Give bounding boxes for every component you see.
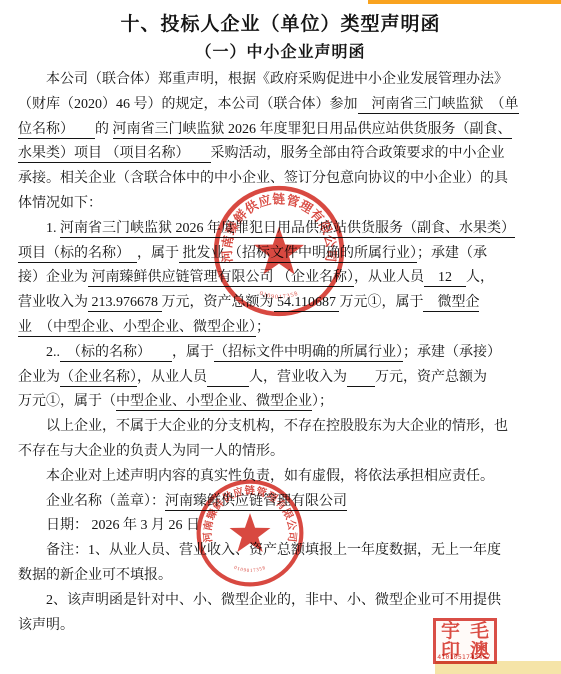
text-segment: ，属于 bbox=[172, 345, 214, 360]
text-segment: 万元，资产总额为 bbox=[375, 370, 487, 385]
underlined-text-segment: 12 bbox=[424, 270, 466, 287]
underlined-text-segment: 位名称） bbox=[18, 122, 95, 139]
seal-id-number: 4101051743457 bbox=[431, 653, 497, 662]
text-segment: （财库（2020）46 号）的规定，本公司（联合体）参加 bbox=[18, 97, 358, 112]
document-line: 位名称） 的 河南省三门峡监狱 2026 年度罪犯日用品供应站供货服务（副食、 bbox=[18, 118, 545, 143]
underlined-text-segment: （招标文件中明确的所属行业） bbox=[214, 345, 403, 362]
document-line: （财库（2020）46 号）的规定，本公司（联合体）参加 河南省三门峡监狱 （单 bbox=[18, 93, 545, 118]
underlined-text-segment: 业 bbox=[18, 320, 46, 337]
text-segment: ，从业人员 bbox=[354, 270, 424, 285]
underlined-text-segment: 项目（标的名称） bbox=[18, 246, 137, 263]
text-segment: 接）企业为 bbox=[18, 270, 88, 285]
text-segment: 以上企业，不属于大企业的分支机构，不存在控股股东为大企业的情形，也 bbox=[46, 419, 508, 434]
underlined-text-segment: 水果类）项目 （项目名称） bbox=[18, 146, 211, 163]
stamp-number: 0109017358 bbox=[233, 566, 267, 574]
text-segment: 本公司（联合体）郑重声明，根据《政府采购促进中小企业发展管理办法》 bbox=[46, 72, 508, 87]
company-round-stamp-2: 河南臻鲜供应链管理有限公司 0109017358 bbox=[192, 475, 308, 591]
text-segment: 2、该声明函是针对中、小、微型企业的，非中、小、微型企业可不用提供 bbox=[46, 593, 501, 608]
company-round-stamp-1: 河南臻鲜供应链管理有限公司 0109017358 bbox=[208, 180, 350, 322]
underlined-text-segment bbox=[207, 370, 249, 387]
document-line: 水果类）项目 （项目名称） 采购活动，服务全部由符合政策要求的中小企业 bbox=[18, 142, 545, 167]
text-segment: 企业为 bbox=[18, 370, 60, 385]
underlined-text-segment: 213.976678 bbox=[88, 295, 162, 312]
text-segment: ）； bbox=[312, 394, 333, 409]
underlined-text-segment: 微型企 bbox=[423, 295, 479, 312]
star-icon bbox=[230, 513, 271, 552]
document-line: 以上企业，不属于大企业的分支机构，不存在控股股东为大企业的情形，也 bbox=[18, 415, 545, 440]
text-segment: 该声明。 bbox=[18, 618, 74, 633]
text-segment: 企业名称（盖章）： bbox=[46, 494, 165, 509]
text-segment: 采购活动，服务全部由符合政策要求的中小企业 bbox=[211, 146, 505, 161]
svg-text:0109017358: 0109017358 bbox=[258, 291, 299, 301]
document-line: 2、该声明函是针对中、小、微型企业的，非中、小、微型企业可不用提供 bbox=[18, 589, 545, 614]
text-segment: 人，营业收入为 bbox=[249, 370, 347, 385]
text-segment: 万元①，属于（ bbox=[18, 394, 116, 409]
underlined-text-segment: 河南省三门峡监狱 （单 bbox=[358, 97, 519, 114]
document-line: 本公司（联合体）郑重声明，根据《政府采购促进中小企业发展管理办法》 bbox=[18, 68, 545, 93]
seal-char: 毛 bbox=[465, 621, 494, 641]
underlined-text-segment: 河南省三门峡监狱 2026 年度罪犯日用品供应站供货服务（副食、 bbox=[113, 122, 512, 139]
document-title: 十、投标人企业（单位）类型声明函 bbox=[0, 10, 561, 40]
document-line: 万元①，属于（中型企业、小型企业、微型企业）； bbox=[18, 390, 545, 415]
document-subtitle: （一）中小企业声明函 bbox=[0, 40, 561, 66]
text-segment: 2.. bbox=[46, 345, 60, 360]
text-segment: ，从业人员 bbox=[137, 370, 207, 385]
top-highlight-bar bbox=[368, 0, 561, 4]
document-line: 企业为（企业名称），从业人员 人，营业收入为 万元，资产总额为 bbox=[18, 366, 545, 391]
text-segment: 数据的新企业可不填报。 bbox=[18, 568, 172, 583]
text-segment: 人， bbox=[466, 270, 494, 285]
text-segment: 体情况如下： bbox=[18, 196, 102, 211]
document-line: 2.. （标的名称） ，属于（招标文件中明确的所属行业）；承建（承接） bbox=[18, 341, 545, 366]
document-line: 不存在与大企业的负责人为同一人的情形。 bbox=[18, 440, 545, 465]
star-icon bbox=[254, 227, 304, 275]
svg-text:0109017358: 0109017358 bbox=[233, 566, 267, 574]
underlined-text-segment bbox=[347, 370, 375, 387]
underlined-text-segment: （中型企业、小型企业、微型企业） bbox=[46, 320, 256, 337]
text-segment: 1. bbox=[46, 221, 60, 236]
text-segment: ，属于 bbox=[137, 246, 179, 261]
underlined-text-segment: 中型企业、小型企业、微型企业 bbox=[116, 394, 312, 411]
text-segment: 的 bbox=[95, 122, 113, 137]
text-segment: ； bbox=[256, 320, 270, 335]
text-segment: 不存在与大企业的负责人为同一人的情形。 bbox=[18, 444, 284, 459]
underlined-text-segment: （标的名称） bbox=[60, 345, 172, 362]
text-segment: 日期： 2026 年 3 月 26 日 bbox=[46, 518, 200, 533]
stamp-number: 0109017358 bbox=[258, 291, 299, 301]
text-segment: 万元①，属于 bbox=[339, 295, 423, 310]
text-segment: 营业收入为 bbox=[18, 295, 88, 310]
text-segment: ；承建（承 bbox=[417, 246, 487, 261]
seal-char: 宇 bbox=[436, 621, 465, 641]
underlined-text-segment: （企业名称） bbox=[60, 370, 137, 387]
text-segment: ；承建（承接） bbox=[403, 345, 501, 360]
